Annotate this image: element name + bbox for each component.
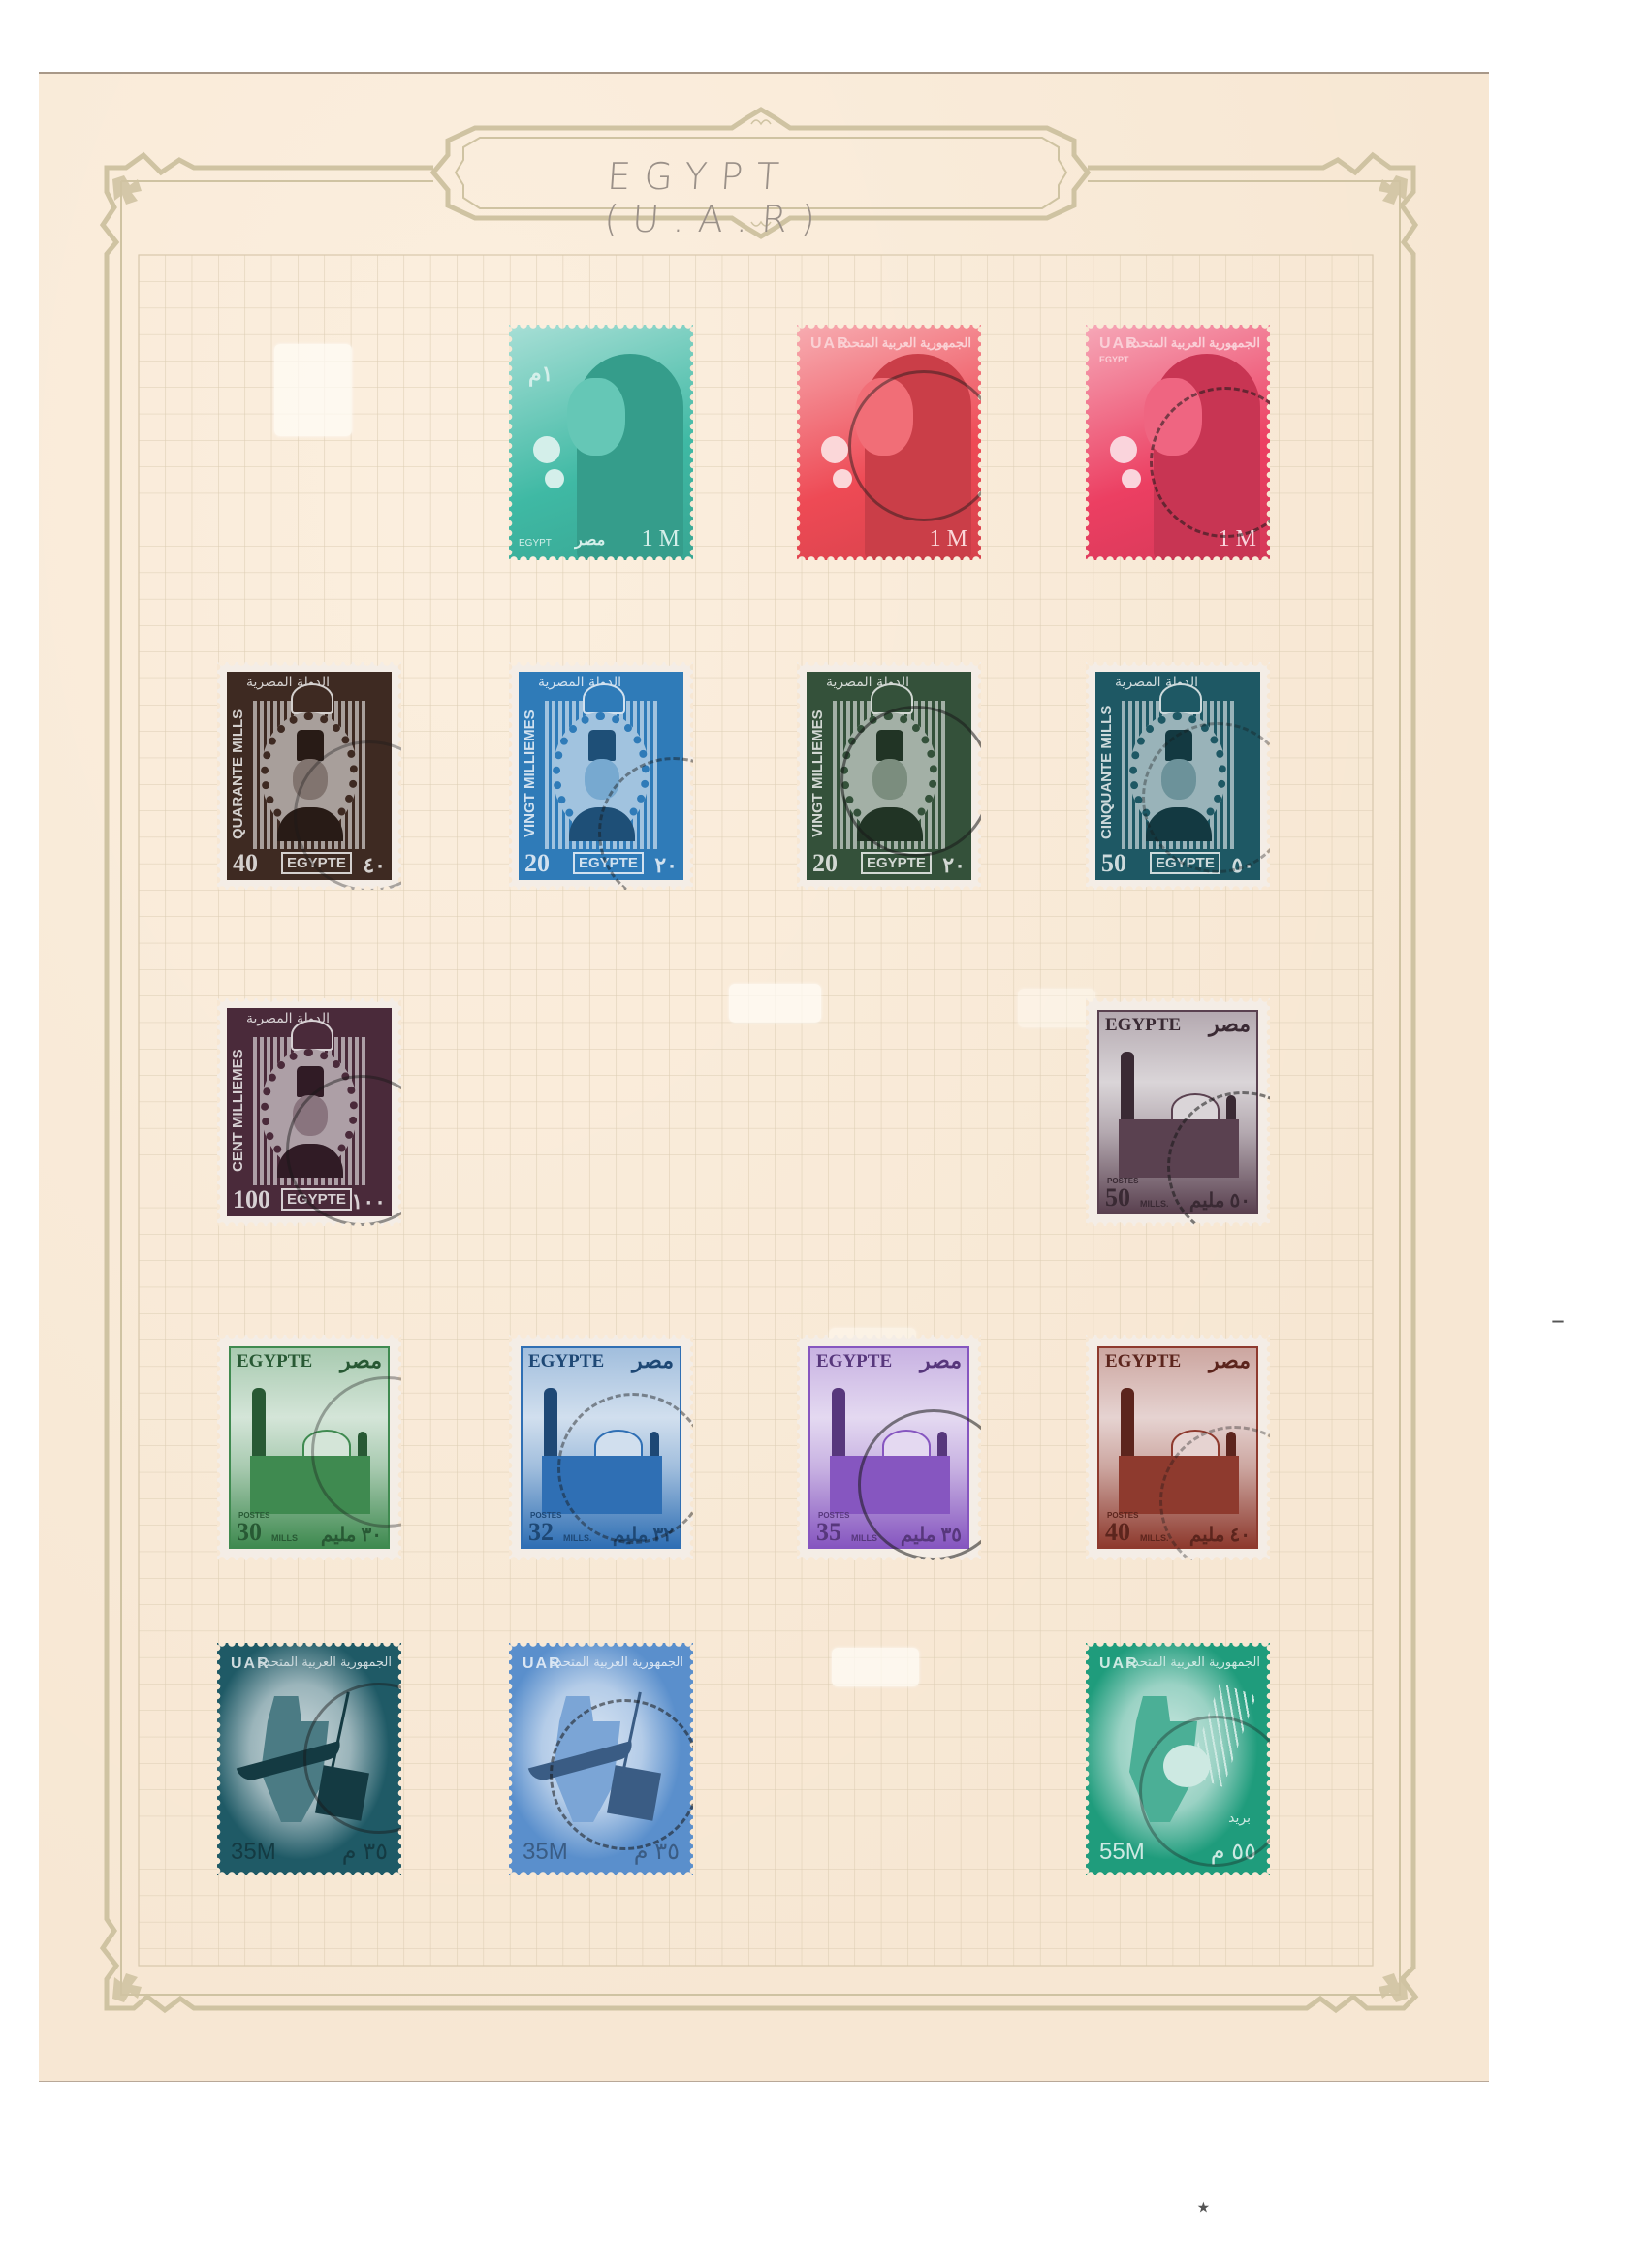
stamp-value-right: ٣٠ مليم [321,1526,382,1545]
fez [588,730,616,761]
face [567,378,625,456]
stamp-label-arabic-country: مصر [1209,1014,1251,1035]
postmark [848,370,999,521]
stamp-label-country: EGYPT [519,539,552,549]
stamp[interactable]: EGYPTEمصرPOSTES40MILLS.٤٠ مليم [1086,1335,1270,1560]
stamp-label-value-words: QUARANTE MILLS [231,709,245,839]
perforation-left [797,1335,803,1560]
stamp-value-left: 50 [1105,1185,1130,1211]
stamp-label-arabic: الجمهورية العربية المتحدة [1127,336,1260,349]
perforation-left [797,662,803,890]
stray-mark: – [1551,1304,1565,1336]
stamp-label-unit: MILLS. [563,1534,592,1543]
stamp-label-unit: MILLS. [1140,1200,1169,1209]
stamp[interactable]: ١مEGYPTمصر1 M [509,325,693,560]
stamp-label-country: EGYPTE [237,1352,312,1370]
stamp-value-right: ٣٥ م [342,1841,388,1864]
stamp-label-arabic: الجمهورية العربية المتحدة [839,336,971,349]
stamp-label-egypt: EGYPT [1099,356,1129,364]
stamp-label-value-words: VINGT MILLIEMES [810,709,825,839]
stamp[interactable]: UARالجمهورية العربية المتحدةEGYPT1 M [1086,325,1270,560]
stamp-value-left: 20 [812,851,838,876]
perforation-left [1086,662,1092,890]
stamp-label-country: EGYPTE [528,1352,604,1370]
stamp[interactable]: الدولة المصريةVINGT MILLIEMES20EGYPTE٢٠ [797,662,981,890]
cotton-flower [1110,436,1137,463]
perforation-left [1086,1643,1092,1875]
perforation-left [509,325,515,560]
stamp-label-unit: MILLS [271,1534,298,1543]
perforation-left [217,998,223,1226]
stamp-label-arabic-country: مصر [1209,1350,1251,1371]
pencil-mark: ⋆ [1194,2190,1213,2224]
stamp-label-arabic-country: مصر [340,1350,382,1371]
cotton-flower [821,436,848,463]
stamp-value-left: 35M [231,1841,276,1864]
stamp-value-left: 35 [816,1520,841,1545]
hinge-remnant [274,344,352,436]
stamp-label-arabic-value: ١م [528,363,553,385]
stamp-value-right: ٢٠ [942,855,966,876]
perforation-left [797,325,803,560]
postmark [1139,1716,1290,1867]
postmark [557,1393,709,1544]
stamp[interactable]: الدولة المصريةCINQUANTE MILLS50EGYPTE٥٠ [1086,662,1270,890]
stamp-value-left: 30 [237,1520,262,1545]
stamp-value-left: 32 [528,1520,554,1545]
stamp-label-country: EGYPTE [1105,1016,1181,1034]
perforation-left [509,1643,515,1875]
stamp[interactable]: EGYPTEمصرPOSTES50MILLS.٥٠ مليم [1086,998,1270,1226]
stamp-label-unit: MILLS [851,1534,877,1543]
perforation-left [509,662,515,890]
stamp-denomination: 1 M [642,527,680,551]
stamp-label-arabic: الجمهورية العربية المتحدة [1126,1656,1260,1669]
crown-icon [291,683,333,714]
hinge-remnant [729,984,821,1023]
cotton-flower [533,436,560,463]
stamp-value-left: 50 [1101,851,1126,876]
postmark [840,706,992,857]
stamp[interactable]: EGYPTEمصرPOSTES30MILLS٣٠ مليم [217,1335,401,1560]
stamp-label-value-words: VINGT MILLIEMES [523,709,537,839]
perforation-left [1086,325,1092,560]
stamp-label-country: EGYPTE [1105,1352,1181,1370]
crown-icon [291,1020,333,1051]
stamp[interactable]: الدولة المصريةQUARANTE MILLS40EGYPTE٤٠ [217,662,401,890]
stamp-label-country: EGYPTE [816,1352,892,1370]
perforation-left [217,1643,223,1875]
stamp-value-left: 40 [233,851,258,876]
postmark [550,1699,701,1850]
perforation-left [217,1335,223,1560]
stamp-label-value-words: CENT MILLIEMES [231,1045,245,1176]
perforation-left [1086,1335,1092,1560]
hinge-remnant [832,1648,919,1686]
perforation-left [217,662,223,890]
page-title-handwritten: EGYPT (U.A.R) [603,155,997,240]
stamp[interactable]: UARالجمهورية العربية المتحدة35M٣٥ م [509,1643,693,1875]
hinge-remnant [1018,989,1095,1027]
stamp[interactable]: UARالجمهورية العربية المتحدة35M٣٥ م [217,1643,401,1875]
perforation-left [509,1335,515,1560]
stamp-label-arabic: الجمهورية العربية المتحدة [258,1656,392,1669]
crown-icon [583,683,625,714]
stamp-label-arabic: الجمهورية العربية المتحدة [550,1656,683,1669]
fez [297,730,324,761]
stamp-label-unit: MILLS. [1140,1534,1169,1543]
stamp-value-left: 100 [233,1187,270,1213]
stamp-design: ١مEGYPTمصر1 M [509,325,693,560]
stamp[interactable]: EGYPTEمصرPOSTES35MILLS٣٥ مليم [797,1335,981,1560]
stamp-value-left: 20 [524,851,550,876]
stamp-value-left: 55M [1099,1841,1145,1864]
stamp[interactable]: الدولة المصريةVINGT MILLIEMES20EGYPTE٢٠ [509,662,693,890]
perforation-right [687,325,693,560]
stamp-label-arabic-country: مصر [920,1350,962,1371]
crown-icon [1159,683,1202,714]
stamp[interactable]: UARالجمهورية العربية المتحدةبريد55M٥٥ م [1086,1643,1270,1875]
stamp-value-left: 35M [523,1841,568,1864]
stamp-label-arabic-country: مصر [575,533,605,549]
stamp-label-arabic-country: مصر [632,1350,674,1371]
stamp[interactable]: الدولة المصريةCENT MILLIEMES100EGYPTE١٠٠ [217,998,401,1226]
stamp[interactable]: UARالجمهورية العربية المتحدة1 M [797,325,981,560]
perforation-left [1086,998,1092,1226]
stamp-label-value-words: CINQUANTE MILLS [1099,709,1114,839]
stamp[interactable]: EGYPTEمصرPOSTES32MILLS.٣٢ مليم [509,1335,693,1560]
stamp-denomination: 1 M [930,527,967,551]
stamp-value-left: 40 [1105,1520,1130,1545]
